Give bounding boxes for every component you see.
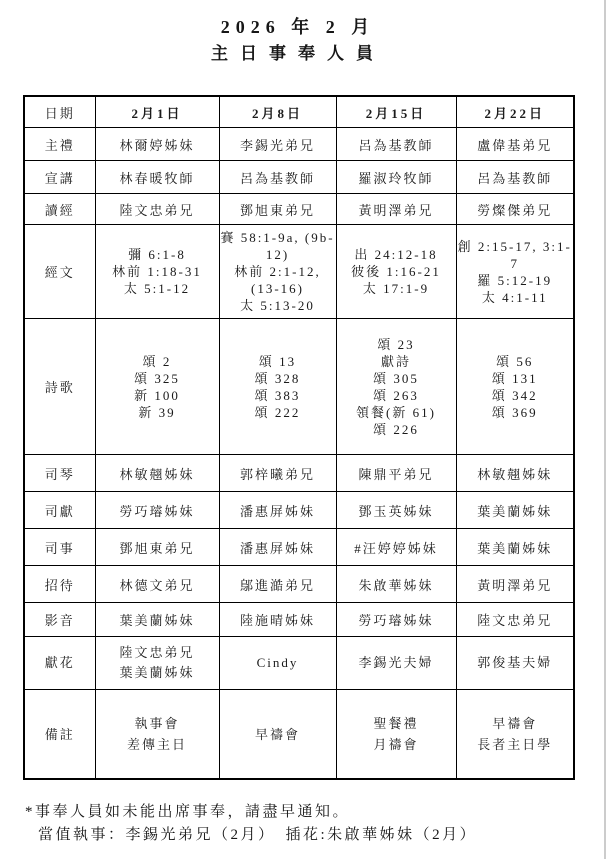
row-date: 日期 2月1日 2月8日 2月15日 2月22日 [24, 96, 574, 128]
cell-reading-2: 鄧旭東弟兄 [219, 194, 336, 225]
cell-pianist-1: 林敏翹姊妹 [95, 455, 219, 492]
duty-roster-table: 日期 2月1日 2月8日 2月15日 2月22日 主禮 林爾婷姊妹 李錫光弟兄 … [23, 95, 575, 780]
title-month: 2026 年 2 月 [0, 14, 596, 40]
cell-av-3: 勞巧璿姊妹 [336, 603, 456, 637]
row-label-av: 影音 [24, 603, 95, 637]
cell-reading-3: 黃明澤弟兄 [336, 194, 456, 225]
cell-usher-1: 鄧旭東弟兄 [95, 529, 219, 566]
cell-preaching-1: 林春暖牧師 [95, 161, 219, 194]
roster-page: 2026 年 2 月 主日事奉人員 日期 2月1日 2月8日 2月15日 2月2… [0, 0, 609, 859]
row-label-preaching: 宣講 [24, 161, 95, 194]
row-presiding: 主禮 林爾婷姊妹 李錫光弟兄 呂為基教師 盧偉基弟兄 [24, 128, 574, 161]
cell-remarks-4: 早禱會 長者主日學 [456, 690, 574, 780]
footer-duty-deacon: 當值執事：李錫光弟兄（2月） 插花:朱啟華姊妹（2月） [25, 824, 600, 847]
cell-preaching-4: 呂為基教師 [456, 161, 574, 194]
cell-av-4: 陸文忠弟兄 [456, 603, 574, 637]
row-label-scripture: 經文 [24, 225, 95, 319]
cell-pianist-4: 林敏翹姊妹 [456, 455, 574, 492]
cell-flowers-4: 郭俊基夫婦 [456, 637, 574, 690]
row-offering: 司獻 勞巧璿姊妹 潘惠屏姊妹 鄧玉英姊妹 葉美蘭姊妹 [24, 492, 574, 529]
cell-hymns-2: 頌 13 頌 328 頌 383 頌 222 [219, 319, 336, 455]
row-reception: 招待 林德文弟兄 鄔進澔弟兄 朱啟華姊妹 黃明澤弟兄 [24, 566, 574, 603]
cell-flowers-1: 陸文忠弟兄 葉美蘭姊妹 [95, 637, 219, 690]
cell-presiding-1: 林爾婷姊妹 [95, 128, 219, 161]
row-label-remarks: 備註 [24, 690, 95, 780]
cell-usher-4: 葉美蘭姊妹 [456, 529, 574, 566]
date-feb-15: 2月15日 [336, 96, 456, 128]
row-hymns: 詩歌 頌 2 頌 325 新 100 新 39 頌 13 頌 328 頌 383… [24, 319, 574, 455]
cell-preaching-3: 羅淑玲牧師 [336, 161, 456, 194]
cell-preaching-2: 呂為基教師 [219, 161, 336, 194]
cell-reading-4: 勞燦傑弟兄 [456, 194, 574, 225]
row-audio-video: 影音 葉美蘭姊妹 陸施晴姊妹 勞巧璿姊妹 陸文忠弟兄 [24, 603, 574, 637]
cell-offering-3: 鄧玉英姊妹 [336, 492, 456, 529]
cell-av-2: 陸施晴姊妹 [219, 603, 336, 637]
row-label-hymns: 詩歌 [24, 319, 95, 455]
cell-av-1: 葉美蘭姊妹 [95, 603, 219, 637]
cell-scripture-3: 出 24:12-18 彼後 1:16-21 太 17:1-9 [336, 225, 456, 319]
cell-scripture-2: 賽 58:1-9a, (9b-12) 林前 2:1-12, (13-16) 太 … [219, 225, 336, 319]
date-feb-22: 2月22日 [456, 96, 574, 128]
cell-remarks-1: 執事會 差傳主日 [95, 690, 219, 780]
cell-hymns-3: 頌 23 獻詩 頌 305 頌 263 領餐(新 61) 頌 226 [336, 319, 456, 455]
cell-reading-1: 陸文忠弟兄 [95, 194, 219, 225]
footer-notice: *事奉人員如未能出席事奉，請盡早通知。 [25, 801, 600, 824]
cell-presiding-3: 呂為基教師 [336, 128, 456, 161]
cell-reception-4: 黃明澤弟兄 [456, 566, 574, 603]
cell-scripture-1: 彌 6:1-8 林前 1:18-31 太 5:1-12 [95, 225, 219, 319]
cell-remarks-3: 聖餐禮 月禱會 [336, 690, 456, 780]
cell-pianist-3: 陳鼎平弟兄 [336, 455, 456, 492]
date-feb-1: 2月1日 [95, 96, 219, 128]
cell-reception-3: 朱啟華姊妹 [336, 566, 456, 603]
row-remarks: 備註 執事會 差傳主日 早禱會 聖餐禮 月禱會 早禱會 長者主日學 [24, 690, 574, 780]
cell-flowers-2: Cindy [219, 637, 336, 690]
row-flowers: 獻花 陸文忠弟兄 葉美蘭姊妹 Cindy 李錫光夫婦 郭俊基夫婦 [24, 637, 574, 690]
cell-flowers-3: 李錫光夫婦 [336, 637, 456, 690]
cell-hymns-4: 頌 56 頌 131 頌 342 頌 369 [456, 319, 574, 455]
cell-offering-2: 潘惠屏姊妹 [219, 492, 336, 529]
row-scripture-text: 經文 彌 6:1-8 林前 1:18-31 太 5:1-12 賽 58:1-9a… [24, 225, 574, 319]
cell-offering-1: 勞巧璿姊妹 [95, 492, 219, 529]
row-label-presiding: 主禮 [24, 128, 95, 161]
row-scripture-reading: 讀經 陸文忠弟兄 鄧旭東弟兄 黃明澤弟兄 勞燦傑弟兄 [24, 194, 574, 225]
footer-notes: *事奉人員如未能出席事奉，請盡早通知。 當值執事：李錫光弟兄（2月） 插花:朱啟… [25, 801, 600, 847]
date-feb-8: 2月8日 [219, 96, 336, 128]
cell-offering-4: 葉美蘭姊妹 [456, 492, 574, 529]
cell-presiding-4: 盧偉基弟兄 [456, 128, 574, 161]
row-label-reading: 讀經 [24, 194, 95, 225]
row-label-date: 日期 [24, 96, 95, 128]
row-label-reception: 招待 [24, 566, 95, 603]
cell-pianist-2: 郭梓曦弟兄 [219, 455, 336, 492]
cell-reception-2: 鄔進澔弟兄 [219, 566, 336, 603]
page-title: 2026 年 2 月 主日事奉人員 [0, 14, 596, 68]
cell-reception-1: 林德文弟兄 [95, 566, 219, 603]
cell-presiding-2: 李錫光弟兄 [219, 128, 336, 161]
row-label-pianist: 司琴 [24, 455, 95, 492]
page-edge-divider [604, 0, 606, 859]
row-preaching: 宣講 林春暖牧師 呂為基教師 羅淑玲牧師 呂為基教師 [24, 161, 574, 194]
cell-remarks-2: 早禱會 [219, 690, 336, 780]
cell-usher-3: #汪婷婷姊妹 [336, 529, 456, 566]
row-pianist: 司琴 林敏翹姊妹 郭梓曦弟兄 陳鼎平弟兄 林敏翹姊妹 [24, 455, 574, 492]
cell-usher-2: 潘惠屏姊妹 [219, 529, 336, 566]
row-label-usher: 司事 [24, 529, 95, 566]
cell-scripture-4: 創 2:15-17, 3:1-7 羅 5:12-19 太 4:1-11 [456, 225, 574, 319]
row-label-offering: 司獻 [24, 492, 95, 529]
title-subtitle: 主日事奉人員 [0, 40, 596, 68]
row-usher: 司事 鄧旭東弟兄 潘惠屏姊妹 #汪婷婷姊妹 葉美蘭姊妹 [24, 529, 574, 566]
cell-hymns-1: 頌 2 頌 325 新 100 新 39 [95, 319, 219, 455]
row-label-flowers: 獻花 [24, 637, 95, 690]
